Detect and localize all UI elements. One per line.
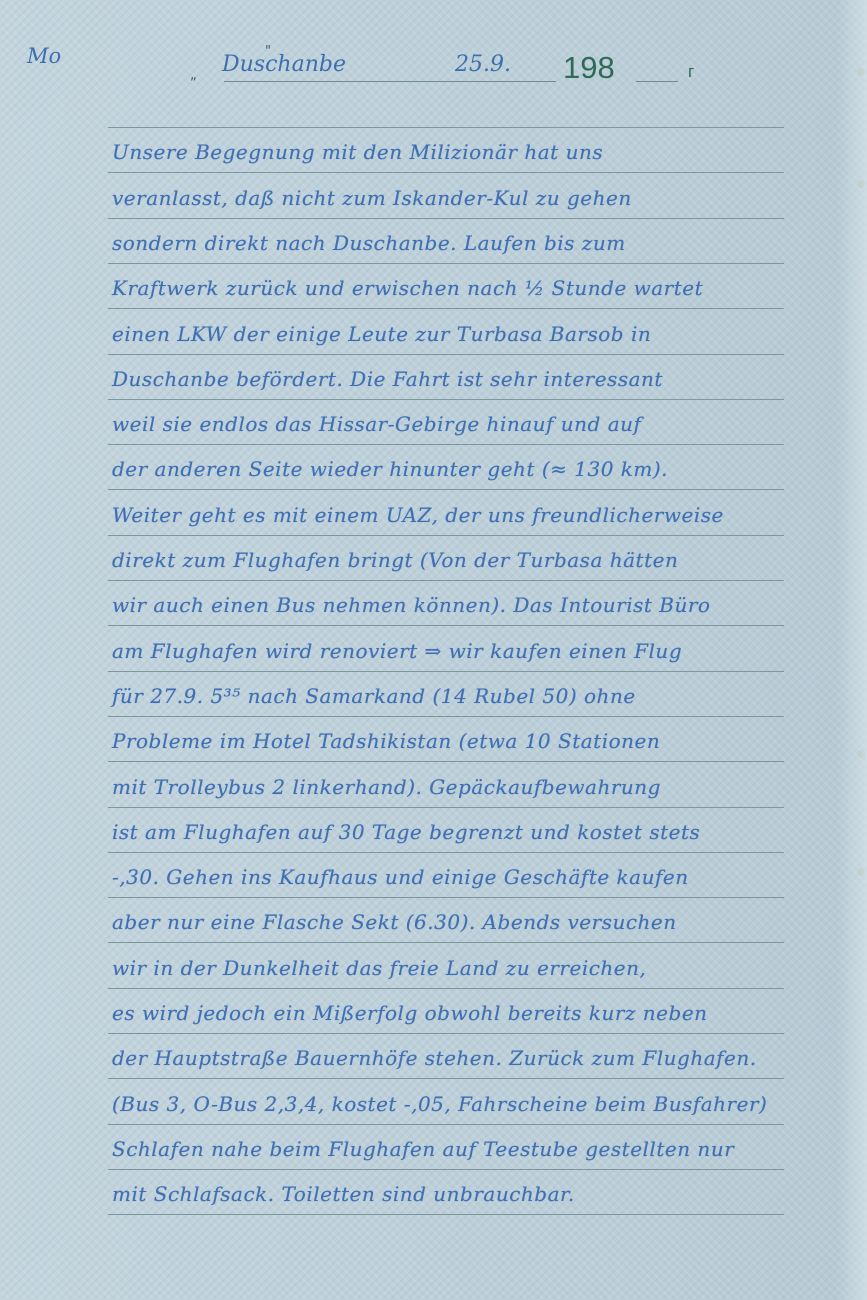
handwritten-line: sondern direkt nach Duschanbe. Laufen bi… [112,223,832,263]
ruled-line [108,942,784,943]
ruled-line [108,127,784,128]
ruled-line [108,671,784,672]
place-close-quote: " [265,44,271,59]
ruled-line [108,354,784,355]
handwritten-line: am Flughafen wird renoviert ⇒ wir kaufen… [112,631,832,671]
place-open-quote: „ [190,68,197,83]
ruled-line [108,172,784,173]
handwritten-line: mit Trolleybus 2 linkerhand). Gepäckaufb… [112,767,832,807]
handwritten-line: direkt zum Flughafen bringt (Von der Tur… [112,540,832,580]
printed-year: 198 [563,50,615,86]
handwritten-line: Duschanbe befördert. Die Fahrt ist sehr … [112,359,832,399]
ruled-line [108,625,784,626]
ruled-line [108,852,784,853]
ruled-line [108,535,784,536]
ruled-line [108,988,784,989]
punch-hole [857,180,865,188]
printed-year-suffix: г [688,62,694,82]
header-underline [224,81,556,82]
punch-hole [857,68,865,76]
handwritten-line: wir auch einen Bus nehmen können). Das I… [112,585,832,625]
handwritten-line: ist am Flughafen auf 30 Tage begrenzt un… [112,812,832,852]
handwritten-line: für 27.9. 5³⁵ nach Samarkand (14 Rubel 5… [112,676,832,716]
handwritten-line: Schlafen nahe beim Flughafen auf Teestub… [112,1129,832,1169]
punch-hole [857,750,865,758]
ruled-line [108,218,784,219]
ruled-line [108,1078,784,1079]
weekday-label: Mo [27,44,61,68]
handwritten-line: der Hauptstraße Bauernhöfe stehen. Zurüc… [112,1038,832,1078]
handwritten-line: veranlasst, daß nicht zum Iskander-Kul z… [112,178,832,218]
handwritten-line: Probleme im Hotel Tadshikistan (etwa 10 … [112,721,832,761]
handwritten-line: einen LKW der einige Leute zur Turbasa B… [112,314,832,354]
ruled-line [108,489,784,490]
handwritten-line: Unsere Begegnung mit den Milizionär hat … [112,132,832,172]
handwritten-line: (Bus 3, O-Bus 2,3,4, kostet -,05, Fahrsc… [112,1084,832,1124]
handwritten-line: weil sie endlos das Hissar-Gebirge hinau… [112,404,832,444]
handwritten-line: der anderen Seite wieder hinunter geht (… [112,449,832,489]
handwritten-line: Weiter geht es mit einem UAZ, der uns fr… [112,495,832,535]
ruled-line [108,444,784,445]
handwritten-line: wir in der Dunkelheit das freie Land zu … [112,948,832,988]
ruled-line [108,1169,784,1170]
handwritten-line: aber nur eine Flasche Sekt (6.30). Abend… [112,902,832,942]
handwritten-line: Kraftwerk zurück und erwischen nach ½ St… [112,268,832,308]
ruled-line [108,399,784,400]
place-name: Duschanbe [222,52,346,77]
ruled-line [108,308,784,309]
ruled-line [108,807,784,808]
ruled-line [108,897,784,898]
ruled-line [108,263,784,264]
diary-page: Mo „ Duschanbe " 25.9. 198 г Unsere Bege… [0,0,867,1300]
handwritten-line: es wird jedoch ein Mißerfolg obwohl bere… [112,993,832,1033]
handwritten-line: -,30. Gehen ins Kaufhaus und einige Gesc… [112,857,832,897]
ruled-line [108,716,784,717]
entry-date: 25.9. [455,52,511,77]
handwritten-line: mit Schlafsack. Toiletten sind unbrauchb… [112,1174,832,1214]
ruled-line [108,761,784,762]
year-underline [636,81,678,82]
ruled-line [108,1124,784,1125]
ruled-line [108,580,784,581]
ruled-line [108,1033,784,1034]
ruled-line [108,1214,784,1215]
punch-hole [857,868,865,876]
